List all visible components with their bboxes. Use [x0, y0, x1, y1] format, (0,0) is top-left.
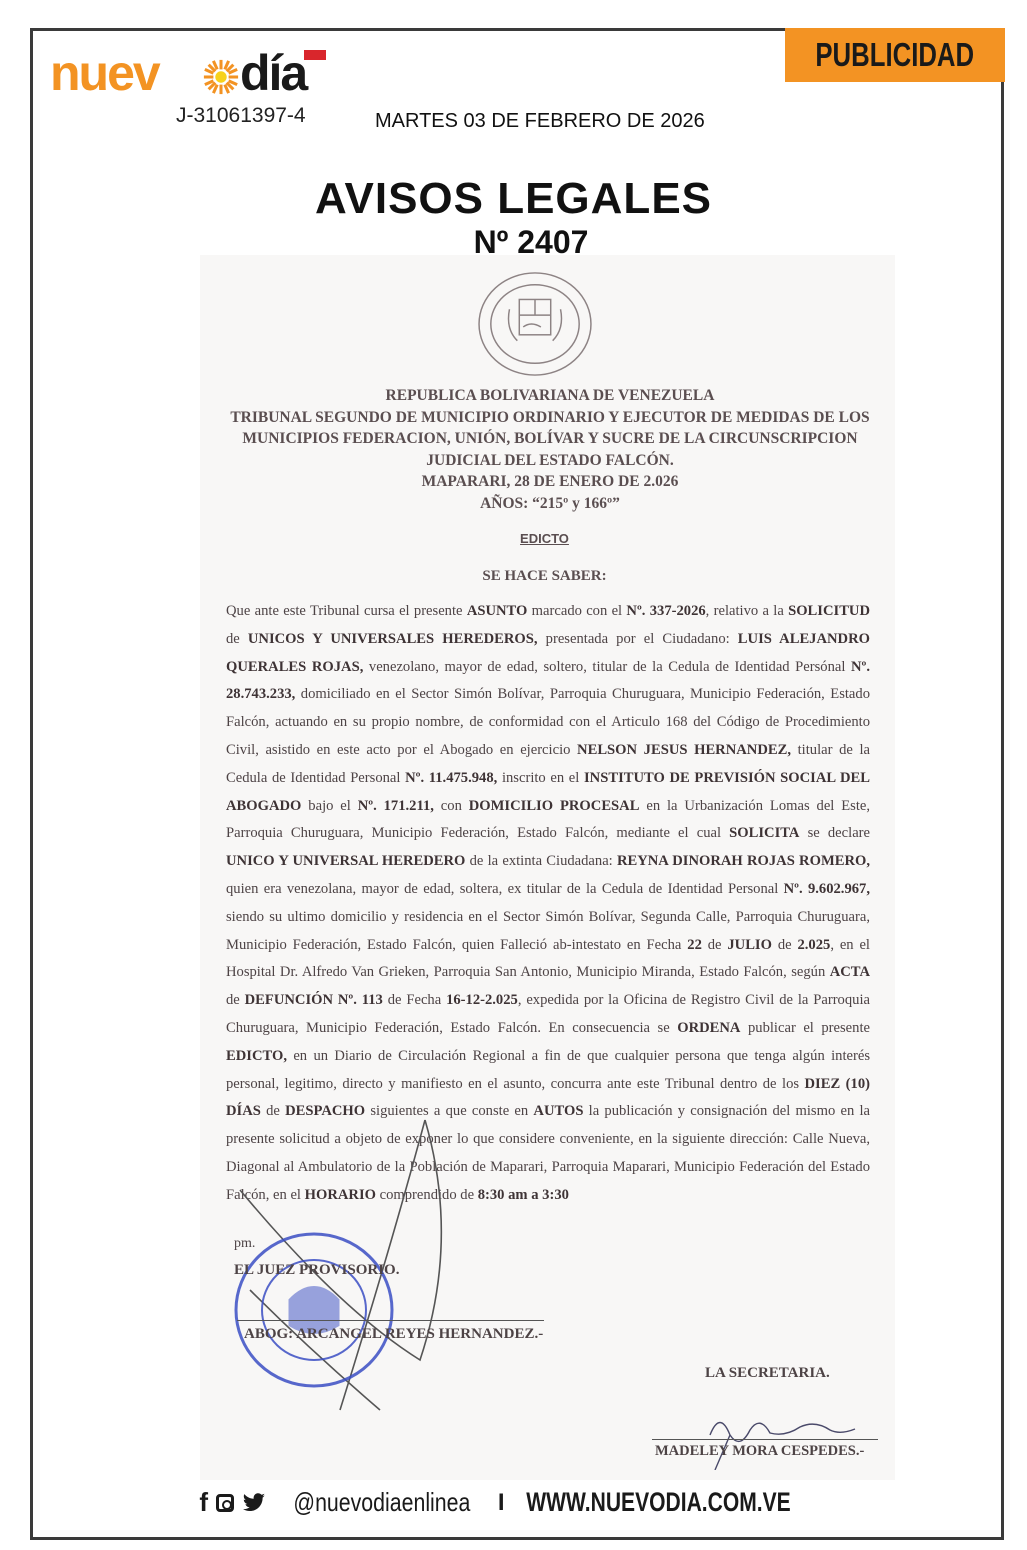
body-emphasis: SOLICITA: [729, 825, 799, 841]
secretary-signature-line: [652, 1439, 878, 1440]
body-emphasis: EDICTO,: [226, 1048, 287, 1064]
secretary-signature-icon: [690, 1405, 860, 1470]
body-run: en un Diario de Circulación Regional a f…: [226, 1048, 870, 1092]
page-title: AVISOS LEGALES: [0, 174, 1027, 224]
heading-line: MUNICIPIOS FEDERACION, UNIÓN, BOLÍVAR Y …: [215, 428, 885, 450]
body-run: bajo el: [301, 798, 357, 814]
body-emphasis: NELSON JESUS HERNANDEZ,: [577, 742, 791, 758]
twitter-icon[interactable]: [242, 1493, 266, 1513]
footer: f @nuevodiaenlinea I WWW.NUEVODIA.COM.VE: [0, 1487, 1027, 1518]
body-run: Que ante este Tribunal cursa el presente: [226, 603, 467, 619]
heading-line: AÑOS: “215º y 166º”: [215, 493, 885, 515]
heading-line: REPUBLICA BOLIVARIANA DE VENEZUELA: [215, 385, 885, 407]
court-heading: REPUBLICA BOLIVARIANA DE VENEZUELA TRIBU…: [215, 385, 885, 514]
body-emphasis: ASUNTO: [467, 603, 528, 619]
body-run: , relativo a la: [706, 603, 788, 619]
secretary-name: MADELEY MORA CESPEDES.-: [655, 1443, 864, 1460]
body-run: de la extinta Ciudadana:: [465, 853, 617, 869]
body-emphasis: ORDENA: [677, 1020, 740, 1036]
body-run: con: [434, 798, 469, 814]
judge-signature-line: [237, 1320, 544, 1321]
body-run: venezolano, mayor de edad, soltero, titu…: [363, 659, 851, 675]
body-emphasis: DOMICILIO PROCESAL: [469, 798, 640, 814]
body-emphasis: 16-12-2.025: [446, 992, 518, 1008]
secretary-title: LA SECRETARIA.: [705, 1365, 830, 1382]
nuevodia-logo: nuev día: [50, 46, 330, 100]
body-emphasis: SOLICITUD: [788, 603, 870, 619]
tribunal-seal-icon: [476, 270, 594, 378]
body-emphasis: ACTA: [830, 964, 870, 980]
body-emphasis: Nº. 9.602.967,: [784, 881, 870, 897]
judge-title: EL JUEZ PROVISORIO.: [234, 1262, 399, 1279]
body-emphasis: Nº. 337-2026: [626, 603, 705, 619]
se-hace-saber: SE HACE SABER:: [0, 568, 1027, 585]
instagram-icon[interactable]: [216, 1494, 234, 1512]
facebook-icon[interactable]: f: [199, 1487, 208, 1518]
body-emphasis: UNICOS Y UNIVERSALES HEREDEROS,: [248, 631, 538, 647]
body-run: de: [702, 937, 728, 953]
body-run: de: [226, 992, 245, 1008]
logo-text-dia: día: [240, 46, 306, 100]
body-run: marcado con el: [527, 603, 626, 619]
sun-icon: [202, 58, 240, 96]
body-run: presentada por el Ciudadano:: [538, 631, 738, 647]
body-emphasis: DEFUNCIÓN Nº. 113: [245, 992, 383, 1008]
body-run: inscrito en el: [497, 770, 584, 786]
body-run: publicar el presente: [740, 1020, 870, 1036]
social-handle[interactable]: @nuevodiaenlinea: [294, 1487, 471, 1518]
court-stamp-icon: [232, 1230, 397, 1390]
body-run: de: [772, 937, 798, 953]
body-emphasis: JULIO: [727, 937, 772, 953]
publication-date: MARTES 03 DE FEBRERO DE 2026: [375, 110, 705, 133]
body-emphasis: 22: [687, 937, 702, 953]
body-emphasis: Nº. 171.211,: [358, 798, 434, 814]
logo-text-nuev: nuev: [50, 46, 159, 100]
section-badge-label: PUBLICIDAD: [816, 36, 975, 74]
edicto-label: EDICTO: [0, 531, 1027, 546]
footer-separator: I: [498, 1489, 505, 1517]
body-run: se declare: [799, 825, 870, 841]
body-emphasis: UNICO Y UNIVERSAL HEREDERO: [226, 853, 465, 869]
website-link[interactable]: WWW.NUEVODIA.COM.VE: [526, 1487, 790, 1518]
body-run: de: [226, 631, 248, 647]
judge-name: ABOG: ARCANGEL REYES HERNANDEZ.-: [244, 1326, 543, 1343]
heading-line: TRIBUNAL SEGUNDO DE MUNICIPIO ORDINARIO …: [215, 407, 885, 429]
body-run: de Fecha: [383, 992, 446, 1008]
heading-line: MAPARARI, 28 DE ENERO DE 2.026: [215, 471, 885, 493]
logo-accent-bar: [304, 50, 326, 60]
body-emphasis: REYNA DINORAH ROJAS ROMERO,: [617, 853, 870, 869]
section-badge: PUBLICIDAD: [785, 28, 1005, 82]
body-run: quien era venezolana, mayor de edad, sol…: [226, 881, 784, 897]
heading-line: JUDICIAL DEL ESTADO FALCÓN.: [215, 450, 885, 472]
body-emphasis: Nº. 11.475.948,: [405, 770, 497, 786]
rif-number: J-31061397-4: [176, 104, 306, 128]
body-emphasis: 2.025: [797, 937, 830, 953]
